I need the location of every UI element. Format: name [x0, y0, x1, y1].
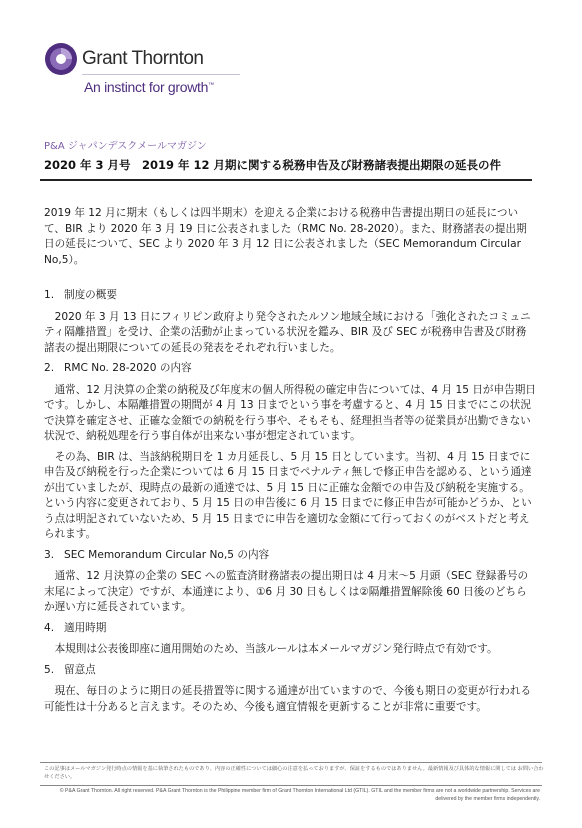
section-5: 5.留意点 現在、毎日のように期日の延長措置等に関する通達が出ていますので、今後…	[44, 663, 536, 716]
logo-divider	[82, 74, 240, 75]
footer-divider	[40, 762, 542, 763]
section-paragraph: その為、BIR は、当該納税期日を 1 カ月延長し、5 月 15 日としています…	[44, 450, 536, 543]
section-title: 制度の概要	[64, 289, 117, 301]
trademark-mark: ™	[208, 82, 214, 88]
section-number: 5.	[44, 663, 64, 679]
section-heading: 1.制度の概要	[44, 288, 536, 304]
article-body: 2019 年 12 月に期末（もしくは四半期末）を迎える企業における税務申告書提…	[44, 206, 536, 720]
section-number: 1.	[44, 288, 64, 304]
section-paragraph: 通常、12 月決算の企業の SEC への監査済財務諸表の提出期日は 4 月末～5…	[44, 569, 536, 616]
section-title: SEC Memorandum Circular No,5 の内容	[64, 549, 269, 561]
section-title: 適用時期	[64, 622, 106, 634]
section-paragraph: 通常、12 月決算の企業の納税及び年度末の個人所得税の確定申告については、4 月…	[44, 383, 536, 445]
section-number: 4.	[44, 621, 64, 637]
issue-title: 2020 年 3 月号 2019 年 12 月期に関する税務申告及び財務諸表提出…	[44, 157, 501, 173]
section-heading: 5.留意点	[44, 663, 536, 679]
footer-divider	[40, 785, 542, 786]
intro-paragraph: 2019 年 12 月に期末（もしくは四半期末）を迎える企業における税務申告書提…	[44, 206, 536, 268]
section-title: 留意点	[64, 664, 96, 676]
section-number: 2.	[44, 361, 64, 377]
section-paragraph: 現在、毎日のように期日の延長措置等に関する通達が出ていますので、今後も期日の変更…	[44, 684, 536, 715]
section-paragraph: 2020 年 3 月 13 日にフィリピン政府より発令されたルソン地域全域におけ…	[44, 310, 536, 357]
section-title: RMC No. 28-2020 の内容	[64, 362, 192, 374]
section-3: 3.SEC Memorandum Circular No,5 の内容 通常、12…	[44, 548, 536, 616]
section-1: 1.制度の概要 2020 年 3 月 13 日にフィリピン政府より発令されたルソ…	[44, 288, 536, 356]
section-4: 4.適用時期 本規則は公表後即座に適用開始のため、当該ルールは本メールマガジン発…	[44, 621, 536, 658]
grant-thornton-mark-icon	[44, 42, 78, 76]
section-heading: 4.適用時期	[44, 621, 536, 637]
brand-name: Grant Thornton	[82, 48, 204, 70]
footer-copyright: © P&A Grant Thornton. All right reserved…	[44, 788, 540, 803]
title-divider	[40, 179, 532, 181]
brand-tagline: An instinct for growth™	[84, 79, 214, 95]
grant-thornton-logo: Grant Thornton An instinct for growth™	[44, 42, 244, 102]
section-number: 3.	[44, 548, 64, 564]
tagline-text: An instinct for growth	[84, 79, 208, 95]
newsletter-series: P&A ジャパンデスクメールマガジン	[44, 137, 207, 152]
section-heading: 3.SEC Memorandum Circular No,5 の内容	[44, 548, 536, 564]
section-heading: 2.RMC No. 28-2020 の内容	[44, 361, 536, 377]
section-paragraph: 本規則は公表後即座に適用開始のため、当該ルールは本メールマガジン発行時点で有効で…	[44, 642, 536, 658]
footer-disclaimer: この記事はメールマガジン発行時点の情報を基に執筆されたものであり、内容の正確性に…	[44, 765, 544, 781]
section-2: 2.RMC No. 28-2020 の内容 通常、12 月決算の企業の納税及び年…	[44, 361, 536, 543]
